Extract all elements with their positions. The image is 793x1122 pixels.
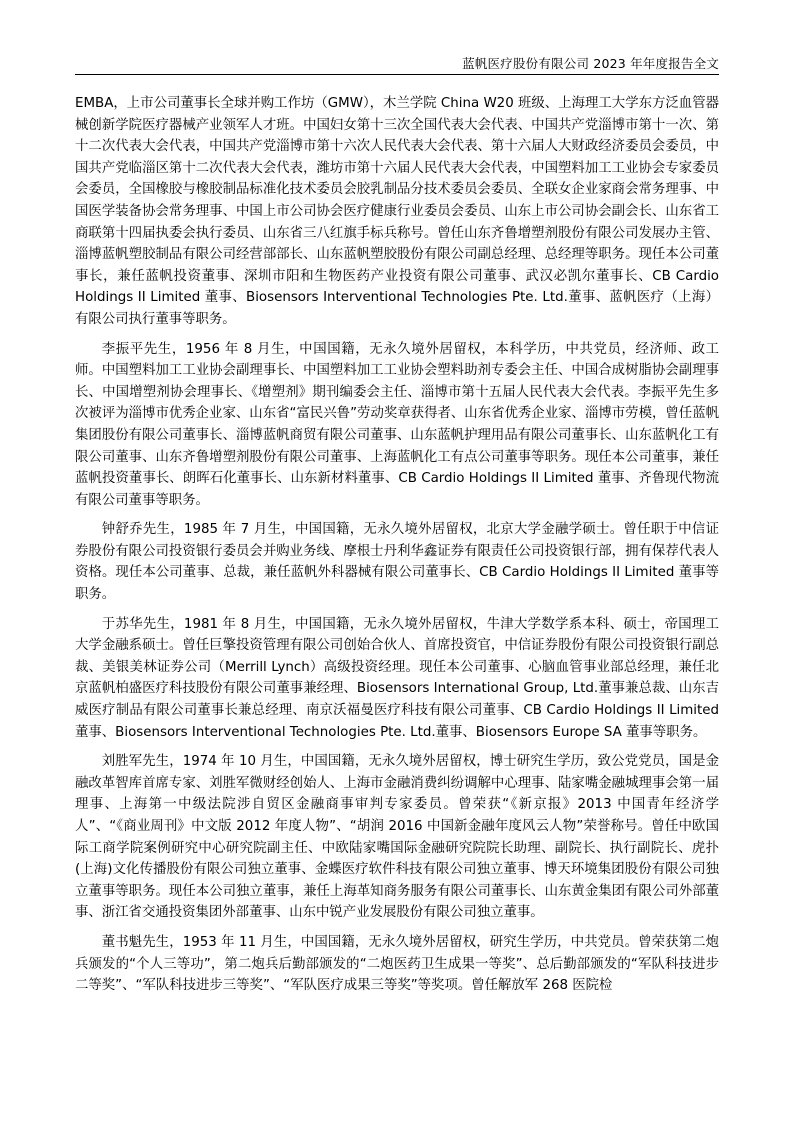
page-header: 蓝帆医疗股份有限公司 2023 年年度报告全文 bbox=[75, 55, 719, 75]
report-title: 蓝帆医疗股份有限公司 2023 年年度报告全文 bbox=[462, 56, 719, 71]
document-body: EMBA，上市公司董事长全球并购工作坊（GMW），木兰学院 China W20 … bbox=[75, 93, 719, 1005]
paragraph-liu-shengjun: 刘胜军先生，1974 年 10 月生，中国国籍，无永久境外居留权，博士研究生学历… bbox=[75, 751, 719, 924]
paragraph-li-zhenping: 李振平先生，1956 年 8 月生，中国国籍，无永久境外居留权，本科学历，中共党… bbox=[75, 339, 719, 512]
paragraph-zhong-shuqiao: 钟舒乔先生，1985 年 7 月生，中国国籍，无永久境外居留权，北京大学金融学硕… bbox=[75, 519, 719, 605]
paragraph-dong-shukui: 董书魁先生，1953 年 11 月生，中国国籍，无永久境外居留权，研究生学历，中… bbox=[75, 932, 719, 997]
paragraph-yu-suhua: 于苏华先生，1981 年 8 月生，中国国籍，无永久境外居留权，牛津大学数学系本… bbox=[75, 614, 719, 744]
paragraph-continuation: EMBA，上市公司董事长全球并购工作坊（GMW），木兰学院 China W20 … bbox=[75, 93, 719, 331]
